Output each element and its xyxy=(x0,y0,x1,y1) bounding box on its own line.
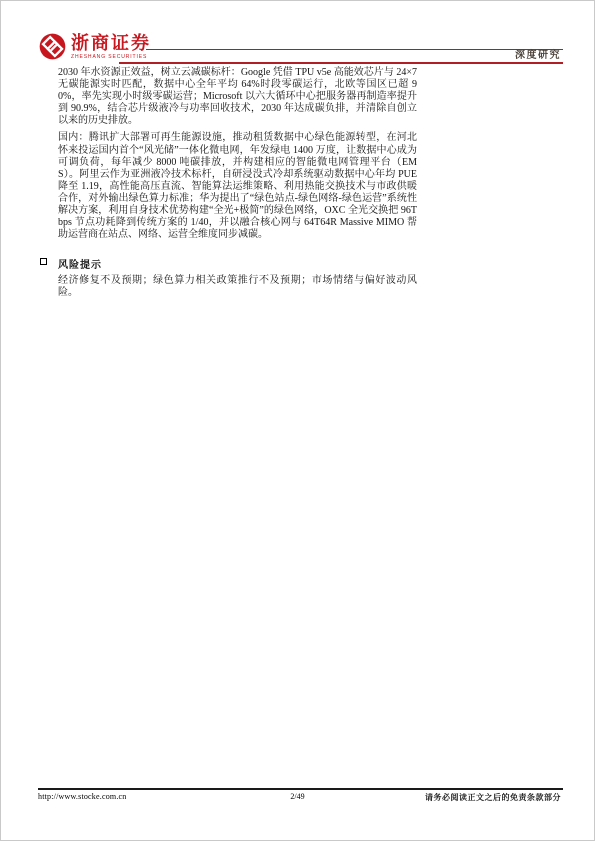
header-divider-red xyxy=(119,62,563,64)
risk-heading: 风险提示 xyxy=(58,256,417,271)
brand-logo-text: 浙商证券 ZHESHANG SECURITIES xyxy=(71,33,151,60)
report-page: 浙商证券 ZHESHANG SECURITIES 深度研究 2030 年水资源正… xyxy=(0,0,595,841)
paragraph-global-cloud-carbon: 2030 年水资源正效益，树立云减碳标杆：Google 凭借 TPU v5e 高… xyxy=(58,67,417,127)
website-link[interactable]: http://www.stocke.com.cn xyxy=(38,792,127,801)
square-bullet-icon xyxy=(40,258,47,265)
risk-text: 经济修复不及预期；绿色算力相关政策推行不及预期；市场情绪与偏好波动风险。 xyxy=(58,275,417,299)
risk-section: 风险提示 经济修复不及预期；绿色算力相关政策推行不及预期；市场情绪与偏好波动风险… xyxy=(58,256,417,299)
footer-divider xyxy=(38,788,563,790)
risk-title: 风险提示 xyxy=(58,256,102,271)
header-divider-thin xyxy=(146,49,563,50)
zheshang-knot-icon xyxy=(39,33,66,60)
disclaimer-text: 请务必阅读正文之后的免责条款部分 xyxy=(425,792,561,803)
page-number: 2/49 xyxy=(290,792,304,801)
report-category-label: 深度研究 xyxy=(515,50,561,61)
brand-name-en: ZHESHANG SECURITIES xyxy=(71,54,151,60)
brand-logo: 浙商证券 ZHESHANG SECURITIES xyxy=(39,33,151,60)
brand-name-cn: 浙商证券 xyxy=(71,33,151,53)
report-body: 2030 年水资源正效益，树立云减碳标杆：Google 凭借 TPU v5e 高… xyxy=(58,67,417,299)
paragraph-domestic-green-compute: 国内：腾讯扩大部署可再生能源设施，推动租赁数据中心绿色能源转型，在河北怀来投运国… xyxy=(58,132,417,241)
